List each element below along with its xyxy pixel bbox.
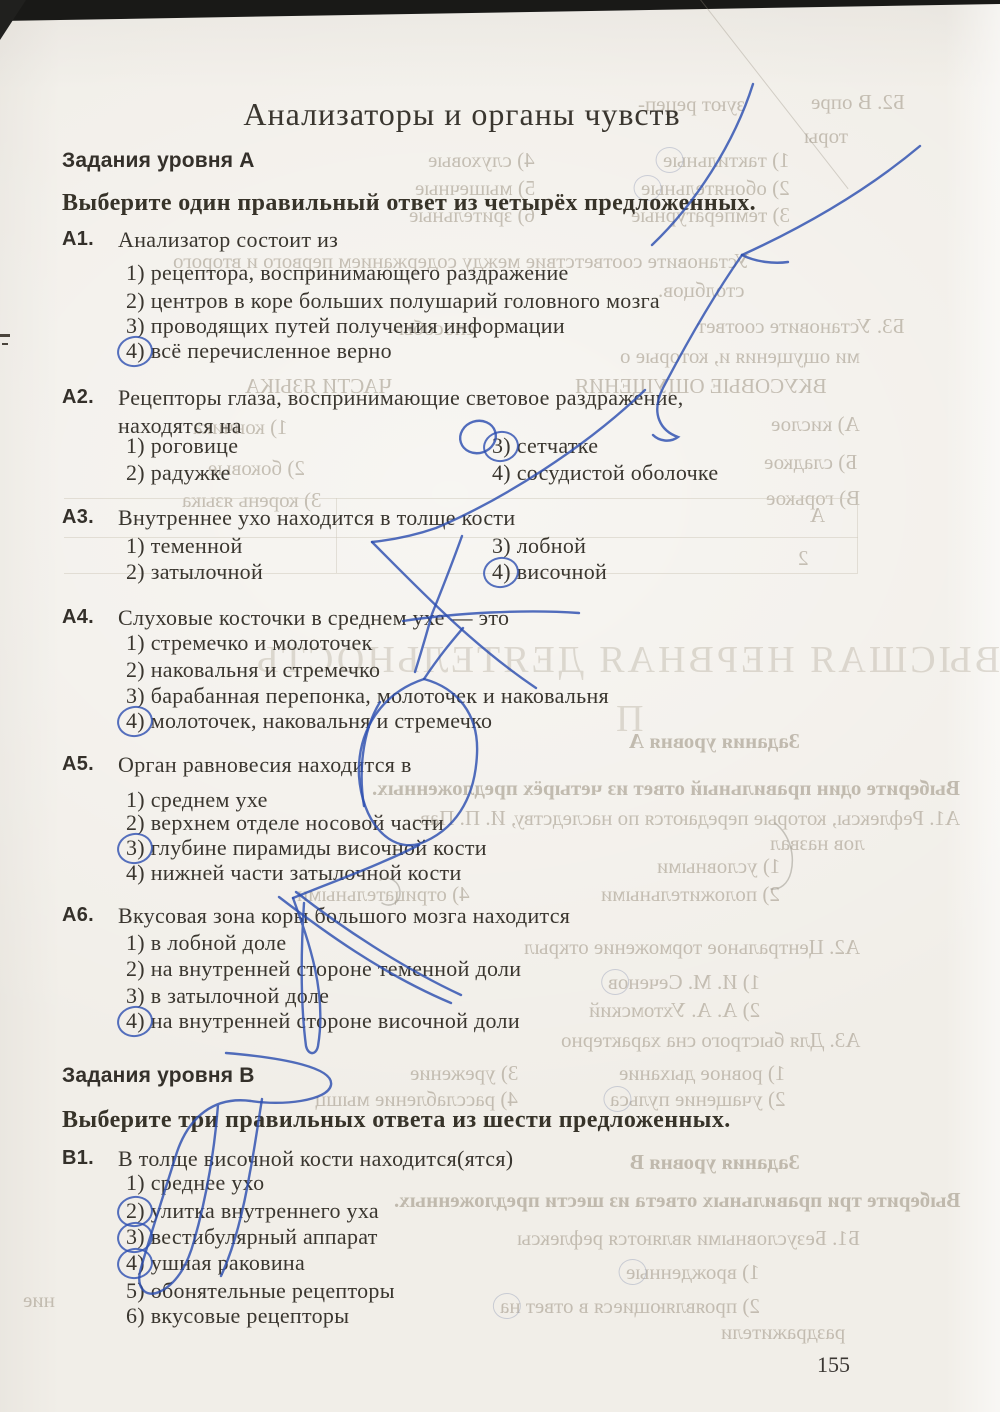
bleedthrough-text: А1. Рефлексы, которые передаются по насл… (413, 808, 960, 829)
question-stem-А5.-0: Орган равновесия находится в (118, 754, 412, 776)
bleedthrough-text: Задания уровня А (629, 731, 800, 752)
bleedthrough-text: Б3. Установите соответ (697, 316, 905, 337)
option-А1.3: 3) проводящих путей получения информации (126, 315, 565, 337)
instruction-b: Выберите три правильных ответа из шести … (62, 1108, 731, 1132)
bleedthrough-text: А) кислое (771, 414, 860, 435)
question-stem-А3.-0: Внутреннее ухо находится в толще кости (118, 507, 515, 529)
option-А1.1: 1) рецептора, воспринимающего раздражени… (126, 262, 569, 284)
option-В1.2: 2) улитка внутреннего уха (126, 1200, 379, 1222)
page-title: Анализаторы и органы чувств (62, 96, 862, 133)
section-a-heading: Задания уровня А (62, 150, 255, 171)
bleedthrough-text: 1) И. М. Сеченов (608, 972, 760, 993)
question-label-А6.: А6. (62, 905, 94, 925)
option-А2.3: 3) сетчатке (492, 435, 598, 457)
bleedthrough-text: Выберите один правильный ответ из четырё… (372, 778, 960, 799)
bleedthrough-text: Задания уровня В (630, 1152, 800, 1173)
option-А2.4: 4) сосудистой оболочке (492, 462, 718, 484)
bleedthrough-text: А3. Для быстрого сна характерно (561, 1030, 860, 1051)
question-label-В1.: В1. (62, 1148, 94, 1168)
option-А3.2: 2) затылочной (126, 561, 263, 583)
scan-speck (2, 343, 8, 345)
bleedthrough-text: А (810, 505, 825, 526)
option-В1.6: 6) вкусовые рецепторы (126, 1305, 349, 1327)
option-А6.4: 4) на внутренней стороне височной доли (126, 1010, 520, 1032)
bleedthrough-text: ми ощущения и, которые о (620, 346, 860, 367)
option-А6.3: 3) в затылочной доле (126, 985, 329, 1007)
option-А5.4: 4) нижней части затылочной кости (126, 862, 462, 884)
option-В1.1: 1) среднее ухо (126, 1172, 264, 1194)
bleedthrough-text: 2) положительными (601, 884, 780, 905)
option-А3.4: 4) височной (492, 561, 607, 583)
option-А3.3: 3) лобной (492, 535, 586, 557)
option-А6.1: 1) в лобной доле (126, 932, 286, 954)
bleedthrough-text: 4) отрицательными (297, 884, 470, 905)
question-label-А5.: А5. (62, 754, 94, 774)
question-stem-В1.-0: В толще височной кости находится(ятся) (118, 1148, 513, 1170)
question-label-А2.: А2. (62, 387, 94, 407)
option-В1.4: 4) ушная раковина (126, 1252, 305, 1274)
page-number: 155 (817, 1352, 850, 1378)
question-label-А3.: А3. (62, 507, 94, 527)
bleedthrough-text: 1) условными (657, 856, 780, 877)
option-А6.2: 2) на внутренней стороне теменной доли (126, 958, 521, 980)
option-А5.1: 1) среднем ухе (126, 789, 268, 811)
bleedthrough-text: 4) слуховые (428, 150, 535, 171)
bleedthrough-text: А2. Центральное торможение открыл (524, 937, 860, 958)
bleedthrough-text: 3) урежение (410, 1063, 518, 1084)
bleedthrough-text: 1) тактильные (663, 150, 790, 171)
option-А5.3: 3) глубине пирамиды височной кости (126, 837, 487, 859)
option-А2.1: 1) роговице (126, 435, 238, 457)
option-А4.3: 3) барабанная перепонка, молоточек и нак… (126, 685, 609, 707)
option-В1.5: 5) обонятельные рецепторы (126, 1280, 395, 1302)
section-b-heading: Задания уровня В (62, 1065, 255, 1086)
bleedthrough-text: 2) проявляющиеся в ответ на (500, 1296, 760, 1317)
bleedthrough-text: раздражители (721, 1322, 845, 1343)
bleedthrough-text: Выберите три правильных ответа из шести … (394, 1190, 961, 1211)
ghost-table-line (857, 498, 858, 573)
question-stem-А6.-0: Вкусовая зона коры большого мозга находи… (118, 905, 570, 927)
bleedthrough-text: 2 (798, 548, 809, 569)
bleedthrough-text: Б) сладкое (764, 452, 857, 473)
option-А5.2: 2) верхнем отделе носовой части (126, 812, 444, 834)
bleedthrough-text: ние (23, 1290, 55, 1311)
bleedthrough-text: столбцов. (658, 280, 745, 301)
bleedthrough-text: 1) ровное дыхание (619, 1063, 785, 1084)
scanned-workbook-page: Б2. В опрезуют рецеп-торы1) тактильные4)… (0, 0, 1000, 1412)
instruction-a: Выберите один правильный ответ из четырё… (62, 191, 756, 215)
option-А1.2: 2) центров в коре больших полушарий голо… (126, 290, 660, 312)
bleedthrough-text: 2) А. А. Ухтомский (589, 1000, 760, 1021)
option-А4.2: 2) наковальня и стремечко (126, 659, 380, 681)
option-А2.2: 2) радужке (126, 462, 231, 484)
question-stem-А4.-0: Слуховые косточки в среднем ухе — это (118, 607, 509, 629)
ghost-table-line (64, 498, 858, 499)
option-А4.4: 4) молоточек, наковальня и стремечко (126, 710, 492, 732)
question-stem-А1.-0: Анализатор состоит из (118, 229, 338, 251)
question-label-А1.: А1. (62, 229, 94, 249)
question-label-А4.: А4. (62, 607, 94, 627)
option-А3.1: 1) теменной (126, 535, 243, 557)
option-В1.3: 3) вестибулярный аппарат (126, 1226, 378, 1248)
question-stem-А2.-0: Рецепторы глаза, воспринимающие световое… (118, 387, 684, 409)
option-А4.1: 1) стремечко и молоточек (126, 632, 373, 654)
bleedthrough-text: лов назвал (770, 833, 865, 854)
bleedthrough-text: 1) врожденные (626, 1262, 760, 1283)
option-А1.4: 4) всё перечисленное верно (126, 340, 392, 362)
bleedthrough-text: Б1. Безусловными являются рефлексы (517, 1228, 860, 1249)
scan-top-edge (0, 0, 1000, 24)
scan-speck (0, 334, 10, 337)
